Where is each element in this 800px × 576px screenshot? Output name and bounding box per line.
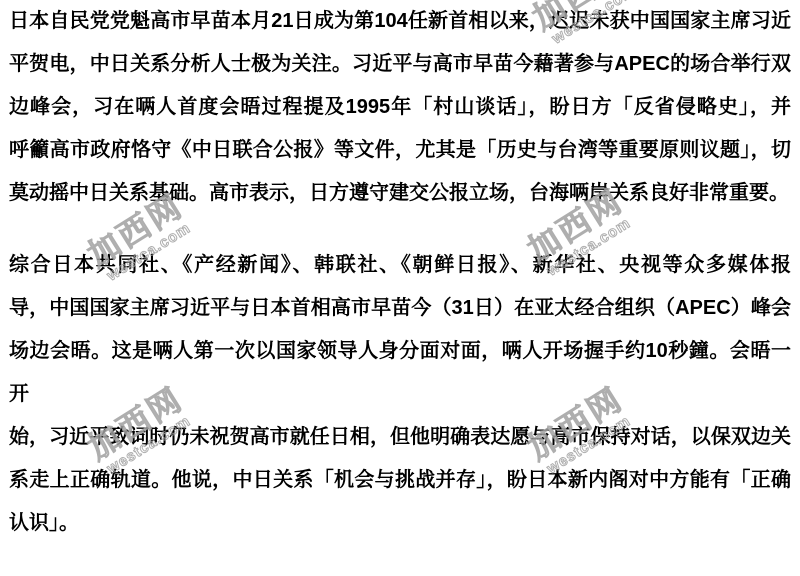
text-line: 日本自民党党魁高市早苗本月21日成为第104任新首相以来，迟迟未获中国国家主席习… <box>9 0 791 43</box>
article: 日本自民党党魁高市早苗本月21日成为第104任新首相以来，迟迟未获中国国家主席习… <box>0 0 800 545</box>
text-line: 边峰会，习在唡人首度会晤过程提及1995年「村山谈话」，盼日方「反省侵略史」，并 <box>9 86 791 129</box>
text-line: 莫动摇中日关系基础。高市表示，日方遵守建交公报立场，台海唡岸关系良好非常重要。 <box>9 172 791 215</box>
paragraph: 日本自民党党魁高市早苗本月21日成为第104任新首相以来，迟迟未获中国国家主席习… <box>9 0 791 215</box>
text-line: 场边会晤。这是唡人第一次以国家领导人身分面对面，唡人开场握手约10秒鐘。会晤一开 <box>9 330 791 416</box>
text-line: 导，中国国家主席习近平与日本首相高市早苗今（31日）在亚太经合组织（APEC）峰… <box>9 287 791 330</box>
text-line: 综合日本共同社、《产经新闻》、韩联社、《朝鲜日报》、新华社、央视等众多媒体报 <box>9 244 791 287</box>
text-line: 呼籲高市政府恪守《中日联合公报》等文件，尤其是「历史与台湾等重要原则议题」，切 <box>9 129 791 172</box>
text-line: 平贺电，中日关系分析人士极为关注。习近平与高市早苗今藉著参与APEC的场合举行双 <box>9 43 791 86</box>
text-line: 认识」。 <box>9 502 791 545</box>
article-page: 日本自民党党魁高市早苗本月21日成为第104任新首相以来，迟迟未获中国国家主席习… <box>0 0 800 576</box>
text-line: 系走上正确轨道。他说，中日关系「机会与挑战并存」，盼日本新内阁对中方能有「正确 <box>9 459 791 502</box>
paragraph: 综合日本共同社、《产经新闻》、韩联社、《朝鲜日报》、新华社、央视等众多媒体报导，… <box>9 244 791 545</box>
text-line: 始，习近平致词时仍未祝贺高市就任日相，但他明确表达愿与高市保持对话，以保双边关 <box>9 416 791 459</box>
